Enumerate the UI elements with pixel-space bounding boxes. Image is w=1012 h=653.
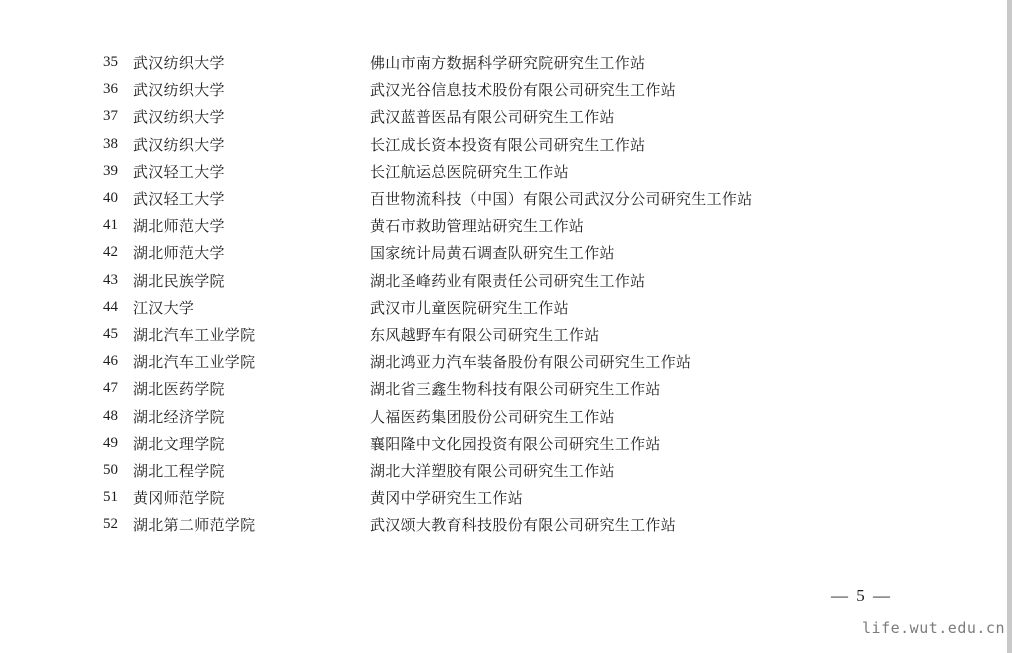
- workstation-name: 襄阳隆中文化园投资有限公司研究生工作站: [370, 433, 1004, 454]
- table-row: 44江汉大学武汉市儿童医院研究生工作站: [0, 294, 1004, 321]
- university-name: 湖北民族学院: [133, 270, 370, 291]
- row-number: 36: [103, 81, 133, 98]
- table-row: 43湖北民族学院湖北圣峰药业有限责任公司研究生工作站: [0, 267, 1004, 294]
- university-name: 湖北汽车工业学院: [133, 351, 370, 372]
- row-number: 46: [103, 353, 133, 370]
- row-number: 48: [103, 408, 133, 425]
- table-row: 47湖北医药学院湖北省三鑫生物科技有限公司研究生工作站: [0, 375, 1004, 402]
- table-row: 42湖北师范大学国家统计局黄石调查队研究生工作站: [0, 239, 1004, 266]
- university-name: 湖北师范大学: [133, 242, 370, 263]
- table-row: 38武汉纺织大学长江成长资本投资有限公司研究生工作站: [0, 131, 1004, 158]
- row-number: 41: [103, 217, 133, 234]
- row-number: 52: [103, 516, 133, 533]
- row-number: 39: [103, 163, 133, 180]
- university-name: 湖北工程学院: [133, 460, 370, 481]
- workstation-name: 百世物流科技（中国）有限公司武汉分公司研究生工作站: [370, 188, 1004, 209]
- workstation-name: 长江成长资本投资有限公司研究生工作站: [370, 134, 1004, 155]
- row-number: 38: [103, 136, 133, 153]
- watermark: life.wut.edu.cn: [862, 619, 1005, 637]
- document-page: 35武汉纺织大学佛山市南方数据科学研究院研究生工作站36武汉纺织大学武汉光谷信息…: [0, 0, 1012, 653]
- workstation-name: 国家统计局黄石调查队研究生工作站: [370, 242, 1004, 263]
- workstation-name: 长江航运总医院研究生工作站: [370, 161, 1004, 182]
- page-edge-shadow: [1007, 0, 1012, 653]
- table-row: 49湖北文理学院襄阳隆中文化园投资有限公司研究生工作站: [0, 430, 1004, 457]
- university-name: 武汉纺织大学: [133, 106, 370, 127]
- row-number: 49: [103, 435, 133, 452]
- workstation-name: 湖北大洋塑胶有限公司研究生工作站: [370, 460, 1004, 481]
- workstation-name: 东风越野车有限公司研究生工作站: [370, 324, 1004, 345]
- workstation-name: 湖北省三鑫生物科技有限公司研究生工作站: [370, 378, 1004, 399]
- row-number: 35: [103, 54, 133, 71]
- row-number: 40: [103, 190, 133, 207]
- table-row: 50湖北工程学院湖北大洋塑胶有限公司研究生工作站: [0, 457, 1004, 484]
- workstation-name: 人福医药集团股份公司研究生工作站: [370, 406, 1004, 427]
- workstation-name: 武汉蓝普医品有限公司研究生工作站: [370, 106, 1004, 127]
- university-name: 武汉纺织大学: [133, 79, 370, 100]
- table-row: 48湖北经济学院人福医药集团股份公司研究生工作站: [0, 402, 1004, 429]
- university-name: 湖北医药学院: [133, 378, 370, 399]
- university-name: 湖北师范大学: [133, 215, 370, 236]
- row-number: 50: [103, 462, 133, 479]
- table-row: 35武汉纺织大学佛山市南方数据科学研究院研究生工作站: [0, 49, 1004, 76]
- university-name: 湖北文理学院: [133, 433, 370, 454]
- row-number: 45: [103, 326, 133, 343]
- row-number: 47: [103, 380, 133, 397]
- university-name: 武汉轻工大学: [133, 188, 370, 209]
- university-name: 江汉大学: [133, 297, 370, 318]
- row-number: 37: [103, 108, 133, 125]
- university-name: 武汉纺织大学: [133, 134, 370, 155]
- university-name: 湖北汽车工业学院: [133, 324, 370, 345]
- workstation-name: 武汉市儿童医院研究生工作站: [370, 297, 1004, 318]
- university-name: 黄冈师范学院: [133, 487, 370, 508]
- page-number: — 5 —: [831, 586, 892, 606]
- table-row: 51黄冈师范学院黄冈中学研究生工作站: [0, 484, 1004, 511]
- row-number: 43: [103, 272, 133, 289]
- workstation-list: 35武汉纺织大学佛山市南方数据科学研究院研究生工作站36武汉纺织大学武汉光谷信息…: [0, 49, 1004, 538]
- workstation-name: 武汉颂大教育科技股份有限公司研究生工作站: [370, 514, 1004, 535]
- workstation-name: 湖北圣峰药业有限责任公司研究生工作站: [370, 270, 1004, 291]
- row-number: 44: [103, 299, 133, 316]
- university-name: 湖北经济学院: [133, 406, 370, 427]
- workstation-name: 湖北鸿亚力汽车装备股份有限公司研究生工作站: [370, 351, 1004, 372]
- university-name: 湖北第二师范学院: [133, 514, 370, 535]
- table-row: 41湖北师范大学黄石市救助管理站研究生工作站: [0, 212, 1004, 239]
- table-row: 52湖北第二师范学院武汉颂大教育科技股份有限公司研究生工作站: [0, 511, 1004, 538]
- table-row: 39武汉轻工大学长江航运总医院研究生工作站: [0, 158, 1004, 185]
- university-name: 武汉纺织大学: [133, 52, 370, 73]
- table-row: 36武汉纺织大学武汉光谷信息技术股份有限公司研究生工作站: [0, 76, 1004, 103]
- row-number: 42: [103, 244, 133, 261]
- workstation-name: 黄冈中学研究生工作站: [370, 487, 1004, 508]
- workstation-name: 黄石市救助管理站研究生工作站: [370, 215, 1004, 236]
- workstation-name: 武汉光谷信息技术股份有限公司研究生工作站: [370, 79, 1004, 100]
- table-row: 40武汉轻工大学百世物流科技（中国）有限公司武汉分公司研究生工作站: [0, 185, 1004, 212]
- university-name: 武汉轻工大学: [133, 161, 370, 182]
- table-row: 46湖北汽车工业学院湖北鸿亚力汽车装备股份有限公司研究生工作站: [0, 348, 1004, 375]
- table-row: 37武汉纺织大学武汉蓝普医品有限公司研究生工作站: [0, 103, 1004, 130]
- workstation-name: 佛山市南方数据科学研究院研究生工作站: [370, 52, 1004, 73]
- table-row: 45湖北汽车工业学院东风越野车有限公司研究生工作站: [0, 321, 1004, 348]
- row-number: 51: [103, 489, 133, 506]
